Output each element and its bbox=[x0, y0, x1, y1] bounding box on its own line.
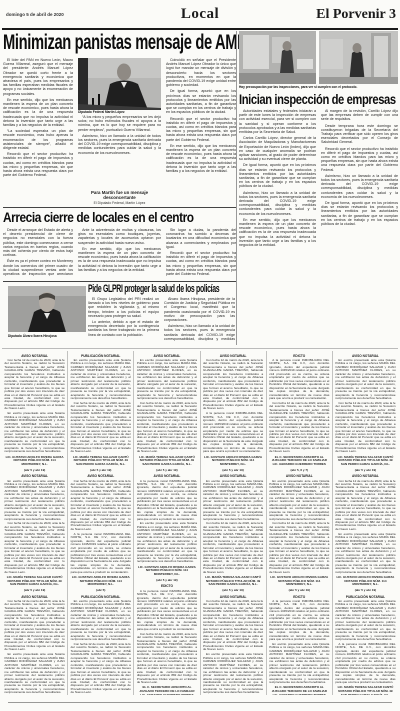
notice-body: A la persona moral INMOBILIARIA DEL NORT… bbox=[335, 643, 395, 684]
notice-body: A la persona moral INMOBILIARIA DEL NORT… bbox=[269, 359, 329, 400]
room-door-photo bbox=[319, 31, 398, 84]
classified-column: AVISO NOTARIALCon fecha 12 de marzo de 2… bbox=[200, 351, 266, 695]
notice-header: EDICTO bbox=[269, 354, 329, 358]
notice-signature: LIC. GUSTAVO ADOLFO RIVERA GARZA NOTARIO… bbox=[5, 456, 65, 467]
article-column: Coincidió en señalar que el Presidente A… bbox=[166, 58, 236, 205]
article-column: Ante la advertencia de multas y clausura… bbox=[78, 228, 161, 276]
notice-body: En escrito presentado ante esta Notaría … bbox=[269, 480, 329, 521]
body-paragraph: Desde el arranque del Estado de alerta y… bbox=[3, 228, 73, 257]
notice-body: Con fecha 12 de marzo de 2020, ante la f… bbox=[71, 643, 131, 695]
body-paragraph: El Grupo Legislativo del PRI realizó un … bbox=[88, 297, 159, 318]
notice-body: En escrito presentado ante esta Notaría … bbox=[203, 653, 263, 694]
notice-body: A la persona moral INMOBILIARIA DEL NORT… bbox=[137, 480, 197, 521]
article-subhead: Para Martín fue un mensaje desconcertant… bbox=[78, 190, 161, 200]
notice-body: En escrito presentado ante esta Notaría … bbox=[137, 359, 197, 400]
notice-body: Con fecha 12 de marzo de 2020, ante la f… bbox=[5, 522, 65, 574]
notice-signature: LIC. MARÍA TERESA SALAZAR CANTÚ NOTARIO … bbox=[5, 576, 65, 587]
notice-signature: EL C. SECRETARIO ADSCRITO AL JUZGADO TER… bbox=[269, 686, 329, 695]
photo-deputy-portrait bbox=[8, 286, 86, 332]
photo-caption: Hay preocupación por las inspecciones, p… bbox=[239, 85, 398, 89]
classified-column: AVISO NOTARIALEn escrito presentado ante… bbox=[332, 351, 398, 695]
body-paragraph: En ese sentido, dijo que los mexicanos m… bbox=[78, 247, 161, 272]
article-minimizan: Minimizan panistas mensaje de AMLO El lí… bbox=[3, 31, 236, 205]
notice-body: Con fecha 12 de marzo de 2020, ante la f… bbox=[269, 522, 329, 574]
notice-header: EDICTO bbox=[269, 595, 329, 599]
notice-signature: LIC. GUSTAVO ADOLFO RIVERA GARZA NOTARIO… bbox=[335, 576, 395, 587]
notice-body: En escrito presentado ante esta Notaría … bbox=[203, 480, 263, 521]
notice-body: Con fecha 12 de marzo de 2020, ante la f… bbox=[5, 600, 65, 652]
notice-body: En escrito presentado ante esta Notaría … bbox=[137, 522, 197, 563]
notice-header: AVISO NOTARIAL bbox=[5, 354, 65, 358]
notice-body: Con fecha 12 de marzo de 2020, ante la f… bbox=[203, 359, 263, 411]
notice-date: (abr 5, 6 y 7) bbox=[269, 468, 329, 472]
body-paragraph: Recordó que el sector productivo ha insi… bbox=[166, 251, 236, 276]
notice-body: Con fecha 12 de marzo de 2020, ante la f… bbox=[269, 402, 329, 454]
masthead-title: El Porvenir 3 bbox=[316, 7, 396, 23]
notice-header: AVISO NOTARIAL bbox=[5, 474, 65, 478]
body-paragraph: Asimismo, hizo un llamado a la unidad de… bbox=[321, 174, 398, 199]
body-paragraph: En ese sentido, dijo que los mexicanos m… bbox=[3, 98, 73, 127]
notice-header: AVISO NOTARIAL bbox=[137, 474, 197, 478]
notice-date: (abr 5 y abr 19) bbox=[71, 468, 131, 472]
photo-deputy-podium bbox=[78, 58, 161, 110]
notice-body: Con fecha 12 de marzo de 2020, ante la f… bbox=[335, 402, 395, 454]
notice-signature: LIC. GUSTAVO ADOLFO RIVERA GARZA NOTARIO… bbox=[269, 576, 329, 587]
body-paragraph: Recordó que el sector productivo ha insi… bbox=[166, 117, 236, 142]
notice-signature: LIC. MARÍA TERESA SALAZAR CANTÚ NOTARIO … bbox=[203, 576, 263, 587]
body-paragraph: En ese sentido, dijo que los mexicanos m… bbox=[166, 144, 236, 173]
body-paragraph: Asimismo, hizo un llamado a la unidad de… bbox=[239, 191, 316, 216]
notice-header: AVISO NOTARIAL bbox=[203, 474, 263, 478]
bottom-rule bbox=[8, 702, 392, 703]
photo-caption: Diputado Federal Martín López bbox=[78, 110, 161, 114]
notice-body: A la persona moral INMOBILIARIA DEL NORT… bbox=[137, 590, 197, 631]
body-paragraph: Álvaro Ibarra Hinojosa, presidente de la… bbox=[164, 297, 235, 322]
notice-header: AVISO NOTARIAL bbox=[203, 354, 263, 358]
notice-date: (abr 5 y abr 19) bbox=[5, 468, 65, 472]
notice-body: Con fecha 12 de marzo de 2020, ante la f… bbox=[335, 480, 395, 532]
notice-body: Con fecha 12 de marzo de 2020, ante la f… bbox=[71, 480, 131, 532]
classifieds: AVISO NOTARIALCon fecha 12 de marzo de 2… bbox=[2, 348, 398, 699]
notice-body: A la persona moral INMOBILIARIA DEL NORT… bbox=[203, 412, 263, 453]
notice-date: (abr 5 y abr 19) bbox=[137, 578, 197, 582]
headline-cierre: Arrecia cierre de locales en el centro bbox=[3, 210, 208, 225]
notice-signature: LIC. GUSTAVO ADOLFO RIVERA GARZA NOTARIO… bbox=[137, 566, 197, 577]
notice-header: PUBLICACIÓN NOTARIAL bbox=[71, 354, 131, 358]
notice-header: AVISO NOTARIAL bbox=[335, 474, 395, 478]
article-column: El Grupo Legislativo del PRI realizó un … bbox=[88, 297, 159, 341]
article-column: Sin lugar a dudas, la pandemia del coron… bbox=[166, 228, 236, 276]
body-paragraph: Carlos Carrillo López, director general … bbox=[239, 136, 316, 161]
body-paragraph: De igual forma, apuntó que en los próxim… bbox=[166, 89, 236, 114]
notice-body: Con fecha 12 de marzo de 2020, ante la f… bbox=[71, 402, 131, 454]
notice-signature: LIC. MARÍA TERESA SALAZAR CANTÚ NOTARIO … bbox=[137, 456, 197, 467]
notice-body: En escrito presentado ante esta Notaría … bbox=[5, 653, 65, 694]
newspaper-page: domingo 5 de abril de 2020 Local El Porv… bbox=[0, 0, 400, 711]
notice-body: En escrito presentado ante esta Notaría … bbox=[5, 480, 65, 521]
notice-date: (abr 5 y abr 19) bbox=[137, 468, 197, 472]
notice-date: (abr 5 y abr 19) bbox=[335, 468, 395, 472]
notice-date: (abr 5 y abr 19) bbox=[335, 588, 395, 592]
notice-header: EDICTO bbox=[137, 584, 197, 588]
classified-column: AVISO NOTARIALEn escrito presentado ante… bbox=[133, 351, 199, 695]
notice-header: AVISO NOTARIAL bbox=[335, 354, 395, 358]
classified-column: PUBLICACIÓN NOTARIALEn escrito presentad… bbox=[67, 351, 133, 695]
notice-body: En escrito presentado ante esta Notaría … bbox=[335, 359, 395, 400]
body-paragraph: Asimismo, hizo un llamado a la unidad de… bbox=[78, 134, 161, 155]
notice-body: Con fecha 12 de marzo de 2020, ante la f… bbox=[137, 633, 197, 685]
notice-signature: LIC. MARÍA TERESA SALAZAR CANTÚ NOTARIO … bbox=[71, 456, 131, 467]
notice-body: En escrito presentado ante esta Notaría … bbox=[71, 600, 131, 641]
body-paragraph: Al margen de la revisión, Carrillo López… bbox=[321, 109, 398, 122]
body-paragraph: Lo anterior, debido a que el estado de e… bbox=[88, 320, 159, 337]
notice-header: AVISO NOTARIAL bbox=[269, 474, 329, 478]
article-subhead-byline: El Diputado Federal, Martín López bbox=[78, 201, 161, 205]
notice-body: Con fecha 12 de marzo de 2020, ante la f… bbox=[203, 600, 263, 652]
notice-date: (abr 5 y abr 19) bbox=[5, 588, 65, 592]
notice-signature: LIC. GUSTAVO ADOLFO RIVERA GARZA NOTARIO… bbox=[71, 576, 131, 587]
article-glpri: Diputado Álvaro Ibarra Hinojosa Pide GLP… bbox=[3, 283, 236, 344]
article-divider bbox=[3, 281, 236, 282]
photo-caption: Diputado Álvaro Ibarra Hinojosa bbox=[8, 334, 98, 338]
notice-header: PUBLICACIÓN NOTARIAL bbox=[335, 595, 395, 599]
notice-date: (abr 5 y abr 19) bbox=[203, 588, 263, 592]
column-divider bbox=[236, 31, 237, 345]
notice-body: En escrito presentado ante esta Notaría … bbox=[5, 412, 65, 453]
body-paragraph: Asimismo, hizo un llamado a la unidad de… bbox=[164, 324, 235, 341]
notice-body: A la persona moral INMOBILIARIA DEL NORT… bbox=[71, 533, 131, 574]
notice-body: En escrito presentado ante esta Notaría … bbox=[335, 533, 395, 574]
headline-inspeccion: Inician inspección de empresas bbox=[239, 91, 366, 107]
body-paragraph: Autoridades estatales y federales inicia… bbox=[239, 109, 316, 134]
classified-column: EDICTOA la persona moral INMOBILIARIA DE… bbox=[266, 351, 332, 695]
classified-column: AVISO NOTARIALCon fecha 12 de marzo de 2… bbox=[2, 351, 67, 695]
headline-minimizan: Minimizan panistas mensaje de AMLO bbox=[3, 31, 166, 55]
article-cierre: Arrecia cierre de locales en el centro D… bbox=[3, 210, 236, 279]
page-header: domingo 5 de abril de 2020 Local El Porv… bbox=[2, 6, 398, 30]
notice-header: AVISO NOTARIAL bbox=[203, 595, 263, 599]
body-paragraph: Recordó que el sector productivo ha insi… bbox=[3, 152, 73, 177]
office-scene-photo bbox=[239, 31, 316, 84]
notice-signature: EL C. SECRETARIO ADSCRITO AL JUZGADO TER… bbox=[137, 686, 197, 695]
body-paragraph: Desde temprana hora este domingo se cons… bbox=[321, 124, 398, 145]
article-column: Desde el arranque del Estado de alerta y… bbox=[3, 228, 73, 276]
notice-date: (abr 5) bbox=[71, 588, 131, 592]
notice-body: A la persona moral INMOBILIARIA DEL NORT… bbox=[269, 600, 329, 641]
notice-signature: LIC. MARÍA TERESA SALAZAR CANTÚ NOTARIO … bbox=[335, 456, 395, 467]
body-paragraph: “La sociedad esperaba un plan de rescate… bbox=[3, 129, 73, 150]
photo-inspection-right bbox=[319, 31, 398, 84]
notice-body: Con fecha 12 de marzo de 2020, ante la f… bbox=[203, 522, 263, 574]
body-paragraph: Sin lugar a dudas, la pandemia del coron… bbox=[166, 228, 236, 249]
article-column: El líder del PAN en Nuevo León, Mauro Gu… bbox=[3, 58, 73, 205]
body-paragraph: Coincidió en señalar que el Presidente A… bbox=[166, 58, 236, 87]
headline-glpri: Pide GLPRI proteger la salud de los poli… bbox=[88, 283, 181, 295]
photo-inspection-left bbox=[239, 31, 316, 84]
body-paragraph: El líder del PAN en Nuevo León, Mauro Gu… bbox=[3, 58, 73, 96]
article-column: Álvaro Ibarra Hinojosa, presidente de la… bbox=[164, 297, 235, 341]
article-inspeccion: Hay preocupación por las inspecciones, p… bbox=[239, 31, 398, 345]
notice-header: PUBLICACIÓN NOTARIAL bbox=[71, 595, 131, 599]
notice-body: Con fecha 12 de marzo de 2020, ante la f… bbox=[5, 359, 65, 411]
notice-body: Con fecha 12 de marzo de 2020, ante la f… bbox=[137, 402, 197, 454]
notice-date: (abr 5 y abr 19) bbox=[203, 468, 263, 472]
body-paragraph: “A los micro y pequeños empresarios se l… bbox=[78, 115, 161, 132]
notice-body: En escrito presentado ante esta Notaría … bbox=[335, 600, 395, 641]
body-paragraph: Recordó que el sector productivo ha insi… bbox=[321, 147, 398, 172]
notice-signature: LIC. MARÍA TERESA SALAZAR CANTÚ NOTARIO … bbox=[335, 686, 395, 695]
notice-header: AVISO NOTARIAL bbox=[5, 595, 65, 599]
article-column: Autoridades estatales y federales inicia… bbox=[239, 109, 316, 330]
body-paragraph: Éste es ya el primer conteo en Monterrey… bbox=[3, 259, 73, 276]
article-column: Diputado Federal Martín López “A los mic… bbox=[78, 58, 161, 205]
body-paragraph: De igual forma, apuntó que en los próxim… bbox=[321, 201, 398, 226]
podium-speaker-photo bbox=[78, 58, 161, 110]
article-divider bbox=[3, 207, 236, 208]
body-paragraph: Ante la advertencia de multas y clausura… bbox=[78, 228, 161, 245]
body-paragraph: De igual forma, apuntó que en los próxim… bbox=[239, 163, 316, 188]
body-paragraph: En ese sentido, dijo que los mexicanos m… bbox=[239, 218, 316, 247]
notice-header: AVISO NOTARIAL bbox=[137, 354, 197, 358]
notice-body: En escrito presentado ante esta Notaría … bbox=[269, 643, 329, 684]
article-column: Al margen de la revisión, Carrillo López… bbox=[321, 109, 398, 330]
portrait-photo bbox=[8, 286, 86, 332]
notice-signature: LIC. GUSTAVO ADOLFO RIVERA GARZA NOTARIO… bbox=[203, 456, 263, 467]
notice-date: (abr 5 y abr 19) bbox=[269, 588, 329, 592]
notice-signature: EL C. SECRETARIO ADSCRITO AL JUZGADO TER… bbox=[269, 456, 329, 467]
notice-body: En escrito presentado ante esta Notaría … bbox=[71, 359, 131, 400]
notice-header: AVISO NOTARIAL bbox=[71, 474, 131, 478]
